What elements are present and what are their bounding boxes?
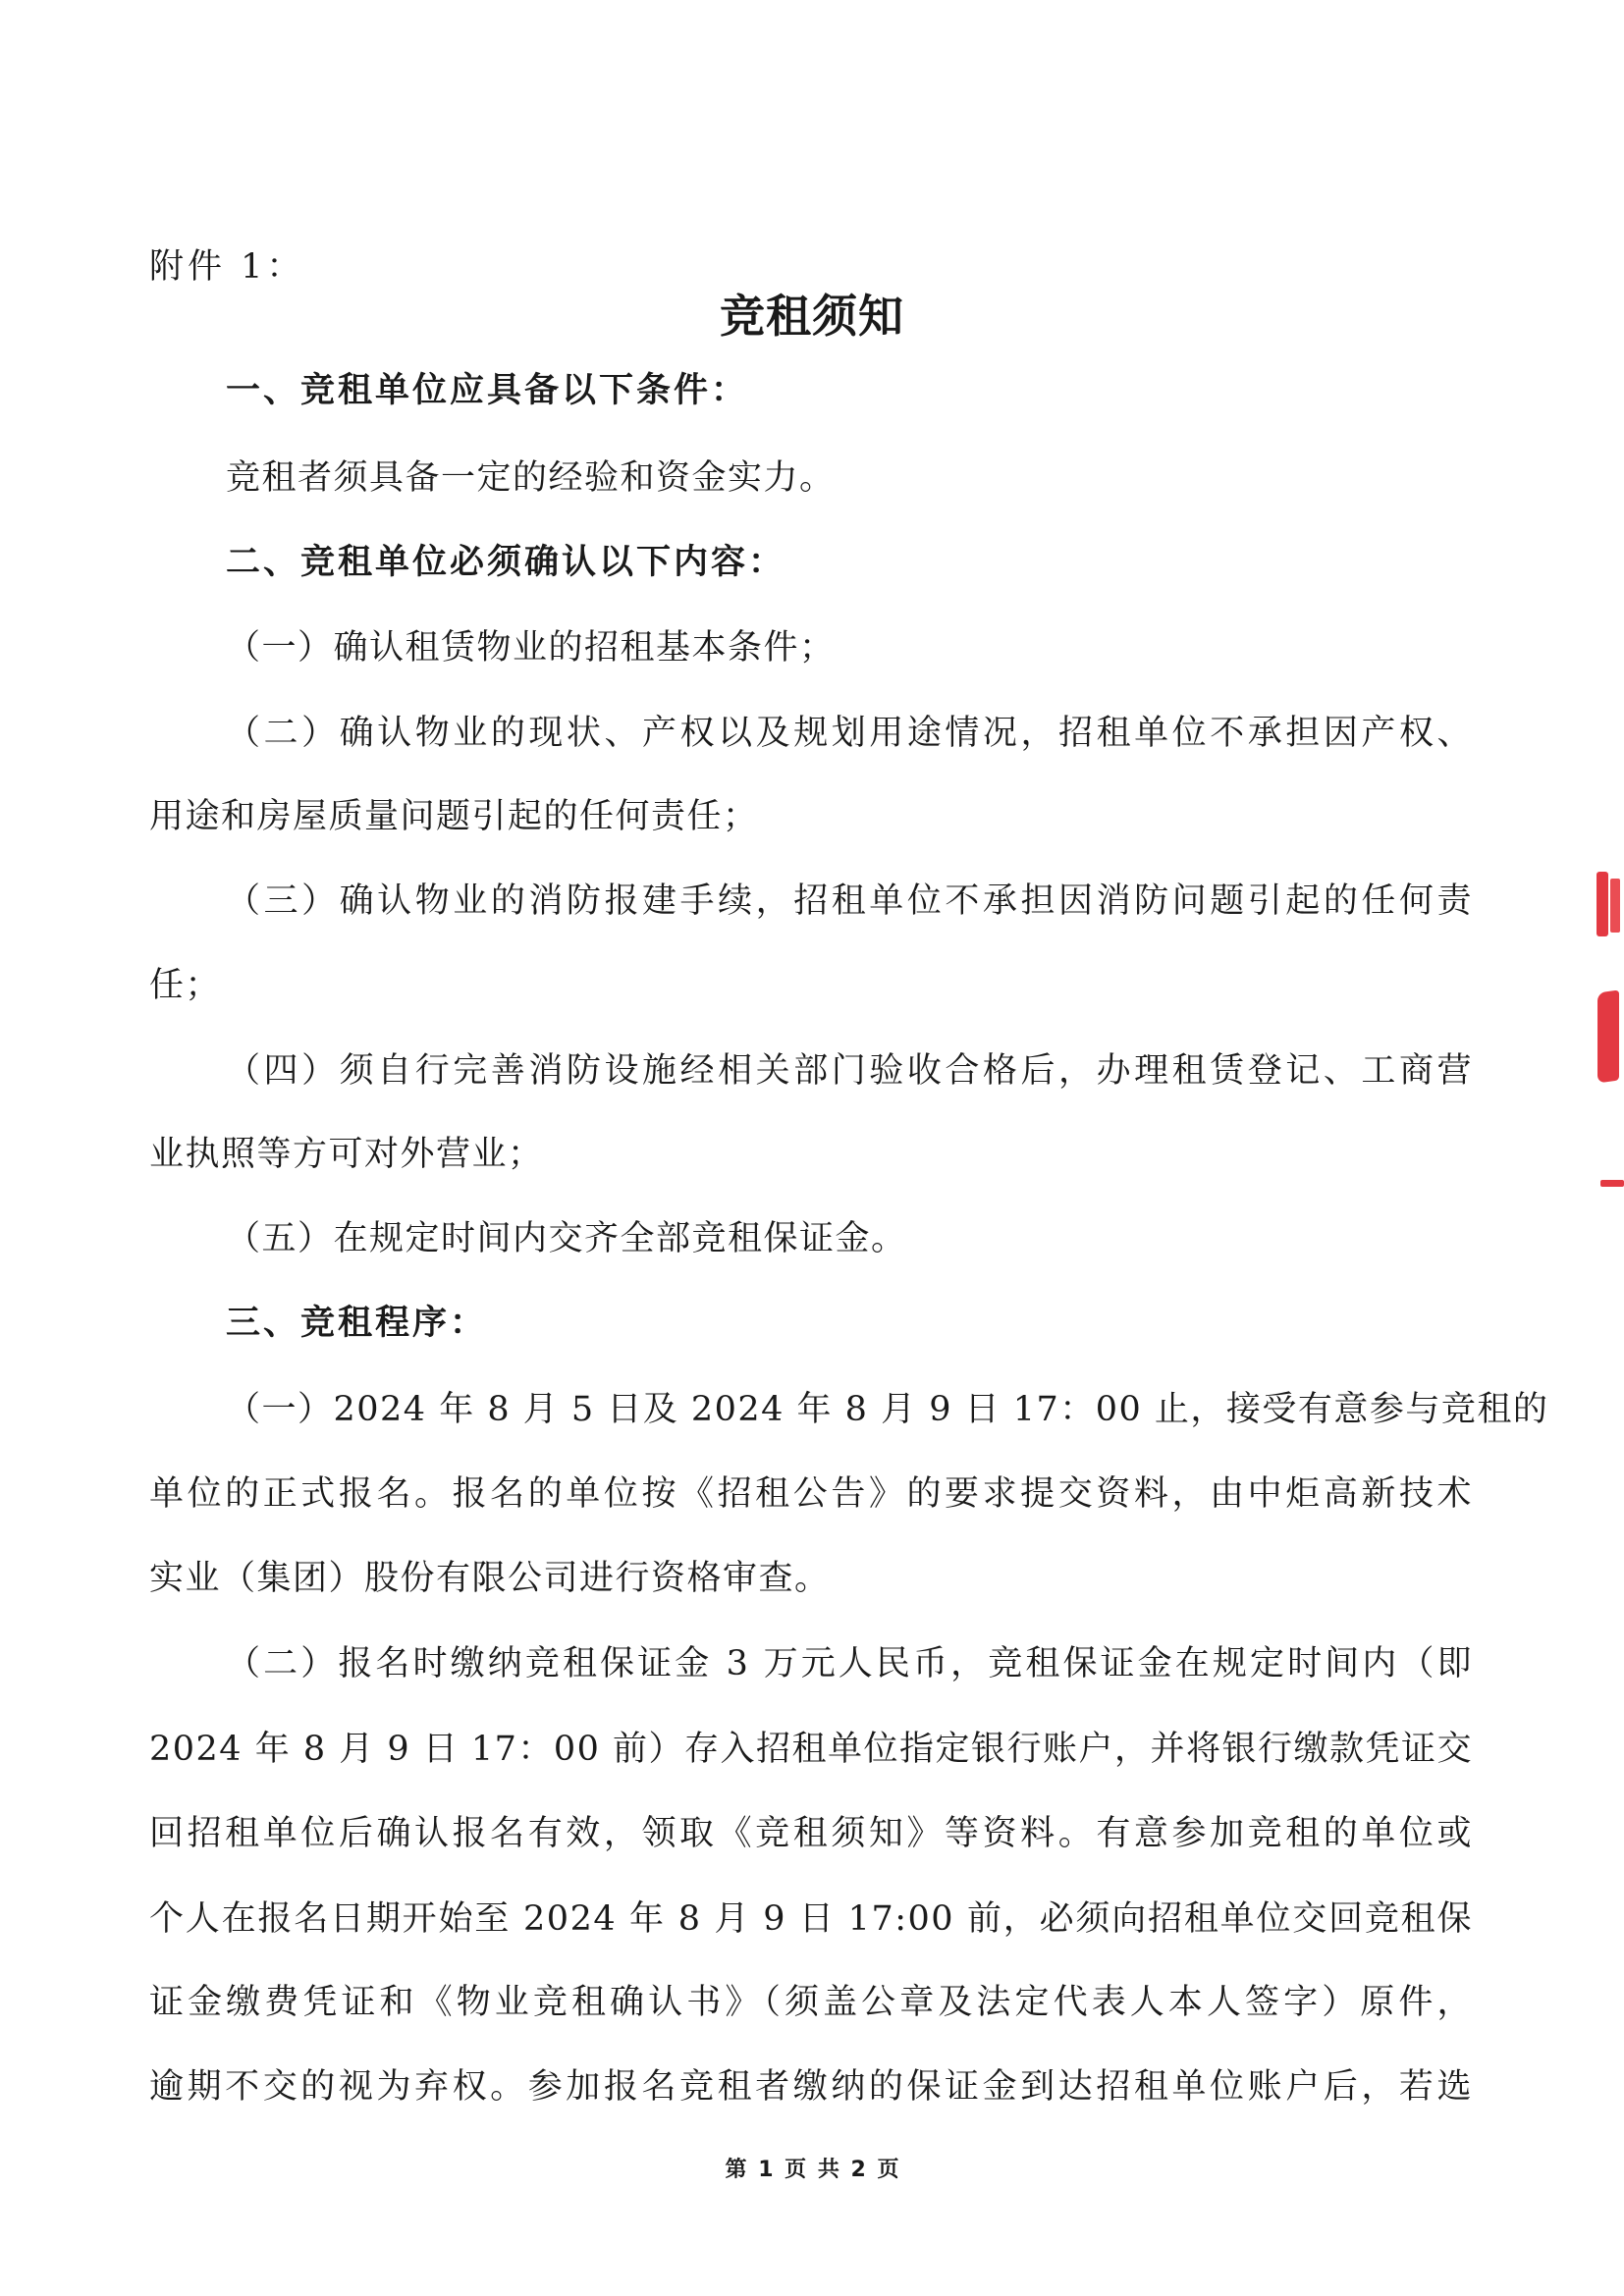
list-item-continuation: 个人在报名日期开始至 2024 年 8 月 9 日 17:00 前，必须向招租单… — [149, 1877, 1473, 1961]
list-item-continuation: 证金缴费凭证和《物业竞租确认书》（须盖公章及法定代表人本人签字）原件， — [149, 1960, 1473, 2045]
list-item-continuation: 用途和房屋质量问题引起的任何责任； — [149, 774, 1473, 859]
seal-stamp-fragment — [1597, 989, 1619, 1083]
paragraph: 竞租者须具备一定的经验和资金实力。 — [226, 436, 1473, 520]
list-item: （四）须自行完善消防设施经相关部门验收合格后，办理租赁登记、工商营 — [226, 1029, 1473, 1113]
list-item-continuation: 任； — [149, 943, 1473, 1028]
document-title: 竞租须知 — [0, 285, 1624, 347]
seal-stamp-fragment — [1597, 872, 1608, 936]
list-item-continuation: 2024 年 8 月 9 日 17：00 前）存入招租单位指定银行账户，并将银行… — [149, 1707, 1473, 1791]
list-item: （一）确认租赁物业的招租基本条件； — [226, 606, 1473, 690]
list-item: （五）在规定时间内交齐全部竞租保证金。 — [226, 1197, 1473, 1281]
list-item-continuation: 回招租单位后确认报名有效，领取《竞租须知》等资料。有意参加竞租的单位或 — [149, 1791, 1473, 1876]
list-item-continuation: 逾期不交的视为弃权。参加报名竞租者缴纳的保证金到达招租单位账户后，若选 — [149, 2045, 1473, 2129]
list-item: （二）确认物业的现状、产权以及规划用途情况，招租单位不承担因产权、 — [226, 691, 1473, 775]
section-heading-1: 一、竞租单位应具备以下条件： — [226, 348, 1473, 433]
section-heading-2: 二、竞租单位必须确认以下内容： — [226, 520, 1473, 605]
document-page: 附件 1： 竞租须知 一、竞租单位应具备以下条件： 竞租者须具备一定的经验和资金… — [0, 0, 1624, 2296]
seal-stamp-fragment — [1610, 879, 1620, 933]
list-item-continuation: 单位的正式报名。报名的单位按《招租公告》的要求提交资料，由中炬高新技术 — [149, 1452, 1473, 1536]
list-item: （二）报名时缴纳竞租保证金 3 万元人民币，竞租保证金在规定时间内（即 — [226, 1622, 1473, 1706]
list-item: （一）2024 年 8 月 5 日及 2024 年 8 月 9 日 17：00 … — [226, 1367, 1473, 1452]
section-heading-3: 三、竞租程序： — [226, 1281, 1473, 1365]
list-item: （三）确认物业的消防报建手续，招租单位不承担因消防问题引起的任何责 — [226, 859, 1473, 943]
page-number-footer: 第 1 页 共 2 页 — [0, 2155, 1624, 2186]
list-item-continuation: 业执照等方可对外营业； — [149, 1112, 1473, 1197]
seal-stamp-fragment — [1600, 1180, 1624, 1187]
list-item-continuation: 实业（集团）股份有限公司进行资格审查。 — [149, 1536, 1473, 1621]
